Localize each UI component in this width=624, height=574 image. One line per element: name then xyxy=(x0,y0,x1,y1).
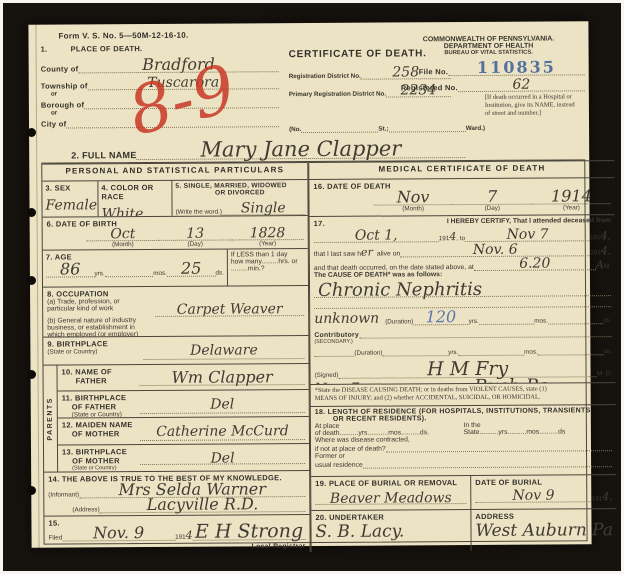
personal-header: PERSONAL AND STATISTICAL PARTICULARS xyxy=(42,162,307,182)
occupation-field: Carpet Weaver xyxy=(155,297,304,317)
father-bp-label1: 11. BIRTHPLACE xyxy=(62,393,140,402)
registration-district-label: Registration District No. xyxy=(289,73,361,80)
m-label: M. xyxy=(604,263,612,270)
burial-year-hand: 4. xyxy=(602,491,613,502)
filed-year-printed: 191 xyxy=(175,534,186,541)
father-bp-label2: OF FATHER xyxy=(72,402,140,411)
death-certificate: Form V. S. No. 5—50M-12-16-10. 8-9 1. PL… xyxy=(28,21,591,547)
birthplace-hint: (State or Country) xyxy=(47,348,143,356)
father-name-field: Wm Clapper xyxy=(140,366,305,386)
last-saw-er: er xyxy=(361,247,373,258)
age-months-field xyxy=(105,276,154,277)
street-name-field xyxy=(389,131,466,132)
alive-on-label: alive on xyxy=(377,250,400,257)
occupation-a-line2: particular kind of work xyxy=(47,305,155,313)
attended-from-value: Oct 1, xyxy=(355,228,398,242)
no-label: (No. xyxy=(289,126,301,133)
commonwealth-block: COMMONWEALTH OF PENNSYLVANIA. DEPARTMENT… xyxy=(392,35,584,118)
dod-day-field: 7 xyxy=(453,186,532,205)
residence-block: 18. LENGTH OF RESIDENCE (FOR HOSPITALS, … xyxy=(311,405,617,477)
mother-bp-field: Del xyxy=(140,446,305,465)
birthplace-value: Delaware xyxy=(190,343,258,357)
duration2-yrs-caption: yrs. xyxy=(448,349,458,356)
duration-mos-caption: mos. xyxy=(534,318,548,325)
mother-bp-label2: OF MOTHER xyxy=(72,456,140,465)
color-race-label: 4. COLOR OR RACE xyxy=(101,183,168,201)
full-name-field: Mary Jane Clapper xyxy=(137,135,466,160)
duration2-label: (Duration) xyxy=(354,350,382,357)
mother-bp-label1: 13. BIRTHPLACE xyxy=(62,447,140,456)
death-time: 6.20 xyxy=(519,257,550,271)
punch-hole xyxy=(27,370,36,379)
local-registrar-label: Local Registrar xyxy=(49,543,306,552)
age-note-3: .........min.? xyxy=(231,265,305,272)
duration-yrs-caption: yrs. xyxy=(469,318,479,325)
duration-years-field: 120 xyxy=(413,306,469,325)
township-label: Township of xyxy=(41,81,88,90)
father-name-value: Wm Clapper xyxy=(171,369,272,386)
section-1-number: 1. xyxy=(41,44,71,53)
borough-label: Borough of xyxy=(41,100,84,109)
registered-no-label: Registered No. xyxy=(401,83,458,92)
medical-column: MEDICAL CERTIFICATE OF DEATH 16. DATE OF… xyxy=(308,160,617,552)
undertaker-value: S. B. Lacy. xyxy=(315,523,466,541)
age-days: 25 xyxy=(181,261,201,277)
age-years: 86 xyxy=(60,261,80,277)
file-no-label: File No. xyxy=(419,67,449,76)
informant-label: (Informant) xyxy=(48,491,79,498)
father-bp-value: Del xyxy=(210,397,234,411)
mother-name-label1: 12. MAIDEN NAME xyxy=(62,420,140,429)
street-number-field xyxy=(301,132,378,133)
dod-day: 7 xyxy=(487,189,497,205)
burial-year-printed: 191 xyxy=(592,495,603,502)
duration2-mos-caption: mos. xyxy=(524,349,538,356)
former-residence-line2: usual residence xyxy=(315,462,363,469)
parents-vertical-label: PARENTS xyxy=(46,366,54,472)
duration-blue-value: 120 xyxy=(426,309,457,325)
dod-year-field: 1914 xyxy=(532,185,611,204)
township-value: Tuscarora xyxy=(147,76,219,90)
informant-address-value: Lacyville R.D. xyxy=(147,496,259,513)
dob-month-field: Oct xyxy=(87,222,159,241)
to-year-hand: 4, xyxy=(601,230,612,241)
am-hand: A xyxy=(596,259,604,270)
primary-district-label: Primary Registration District No. xyxy=(289,91,386,99)
registered-no-value: 62 xyxy=(512,78,530,92)
filed-date-field: Nov. 9 xyxy=(62,522,175,542)
last-saw-label: that I last saw h xyxy=(314,251,361,258)
full-name-label: 2. FULL NAME xyxy=(71,150,136,160)
duration-ds-caption: ds. xyxy=(603,317,611,324)
st-label: St.; xyxy=(378,126,388,133)
last-saw-date: Nov. 6 xyxy=(473,243,518,257)
parents-block: PARENTS 10. NAME OF FATHER Wm Clapper xyxy=(43,364,309,473)
father-bp-field: Del xyxy=(140,392,305,414)
certificate-body: PERSONAL AND STATISTICAL PARTICULARS 3. … xyxy=(41,159,587,544)
to-year-printed: 191 xyxy=(590,234,601,241)
duration-label: (Duration) xyxy=(385,318,413,325)
filed-date-value: Nov. 9 xyxy=(93,525,144,541)
mother-name-label2: OF MOTHER xyxy=(72,429,140,438)
mother-bp-value: Del xyxy=(211,451,235,465)
street-line: (No. St.; Ward.) xyxy=(289,120,485,133)
age-years-field: 86 xyxy=(46,258,95,277)
certificate-header: Form V. S. No. 5—50M-12-16-10. 8-9 1. PL… xyxy=(40,21,585,162)
undertaker-address-value: West Auburn Pa xyxy=(475,522,613,540)
dob-year: 1828 xyxy=(250,226,286,240)
burial-date-field: Nov 9 xyxy=(475,483,592,503)
undertaker-label: 20. UNDERTAKER xyxy=(315,512,466,522)
dob-month: Oct xyxy=(110,227,135,241)
mother-bp-hint: (State or Country) xyxy=(72,465,140,471)
punch-hole xyxy=(27,128,36,137)
city-field xyxy=(66,126,279,128)
cause-value: Chronic Nephritis xyxy=(318,281,482,300)
occupation-value: Carpet Weaver xyxy=(177,302,283,317)
signed-label: (Signed) xyxy=(315,372,339,379)
marital-hint: (Write the word.) xyxy=(176,209,222,216)
father-name-label1: 10. NAME OF xyxy=(62,367,140,376)
mother-name-value: Catherine McCurd xyxy=(156,424,289,439)
ds-caption: ds. xyxy=(216,270,224,277)
dod-month-field: Nov xyxy=(373,186,452,205)
hospital-note: [If death occurred in a Hospital or Inst… xyxy=(485,93,581,118)
punch-hole xyxy=(27,208,36,217)
footnote-line2: MEANS OF INJURY; and (2) whether ACCIDEN… xyxy=(315,393,612,403)
personal-column: PERSONAL AND STATISTICAL PARTICULARS 3. … xyxy=(42,162,310,554)
father-name-label2: FATHER xyxy=(76,376,140,385)
sex-label: 3. SEX xyxy=(45,183,94,192)
dod-year: 1914 xyxy=(551,188,592,204)
informant-address-label: (Address) xyxy=(72,506,99,513)
file-no-stamp: 110835 xyxy=(477,57,556,76)
dob-year-field: 1828 xyxy=(231,221,303,240)
certification-block: 17. I HEREBY CERTIFY, That I attended de… xyxy=(310,215,616,385)
yrs-caption: yrs. xyxy=(95,270,105,277)
burial-date-value: Nov 9 xyxy=(512,489,554,503)
mos-caption: mos. xyxy=(153,270,167,277)
full-name-row: 2. FULL NAME Mary Jane Clapper xyxy=(71,134,465,160)
burial-place-field: Beaver Meadows xyxy=(315,487,466,505)
attended-to-value: Nov 7 xyxy=(507,228,549,242)
sex-value: Female xyxy=(45,198,94,212)
burial-place-value: Beaver Meadows xyxy=(330,491,452,506)
in-the-line2: State..........yrs..........mos.........… xyxy=(464,428,613,436)
age-note-2: how many.........hrs. or xyxy=(231,258,305,265)
duration-unknown-value: unknown xyxy=(314,312,379,326)
city-label: City of xyxy=(41,119,66,128)
saw-year-hand: 4. xyxy=(601,245,612,256)
full-name-value: Mary Jane Clapper xyxy=(200,138,401,160)
former-residence-field xyxy=(363,466,613,469)
filed-year-hand: 4 xyxy=(186,530,193,541)
registrar-signature: E H Strong xyxy=(195,522,303,542)
cause-field: Chronic Nephritis xyxy=(314,277,612,298)
medical-header: MEDICAL CERTIFICATE OF DEATH xyxy=(309,160,615,180)
county-value: Bradford xyxy=(142,57,215,73)
dob-day-field: 13 xyxy=(159,221,231,240)
county-label: County of xyxy=(41,64,79,73)
place-of-death-block: 1. PLACE OF DEATH. County of Bradford To… xyxy=(41,43,280,128)
place-of-death-title: PLACE OF DEATH. xyxy=(71,44,143,53)
registrar-signature-field: E H Strong xyxy=(193,519,306,541)
marital-value: Single xyxy=(241,201,286,215)
birthplace-field: Delaware xyxy=(143,338,304,360)
form-number: Form V. S. No. 5—50M-12-16-10. xyxy=(58,31,188,41)
dod-month: Nov xyxy=(397,189,430,205)
filed-label: Filed xyxy=(49,535,63,542)
punch-hole xyxy=(27,486,36,495)
where-contracted-line2: if not at place of death? xyxy=(315,446,386,453)
age-days-field: 25 xyxy=(167,258,216,277)
duration2-ds-caption: ds. xyxy=(603,348,611,355)
dob-day: 13 xyxy=(186,227,204,241)
marital-field: Single xyxy=(222,196,305,216)
ward-label: Ward.) xyxy=(466,125,485,132)
punch-hole xyxy=(27,276,36,285)
mother-name-field: Catherine McCurd xyxy=(140,419,305,441)
binding-margin-line xyxy=(35,25,39,548)
